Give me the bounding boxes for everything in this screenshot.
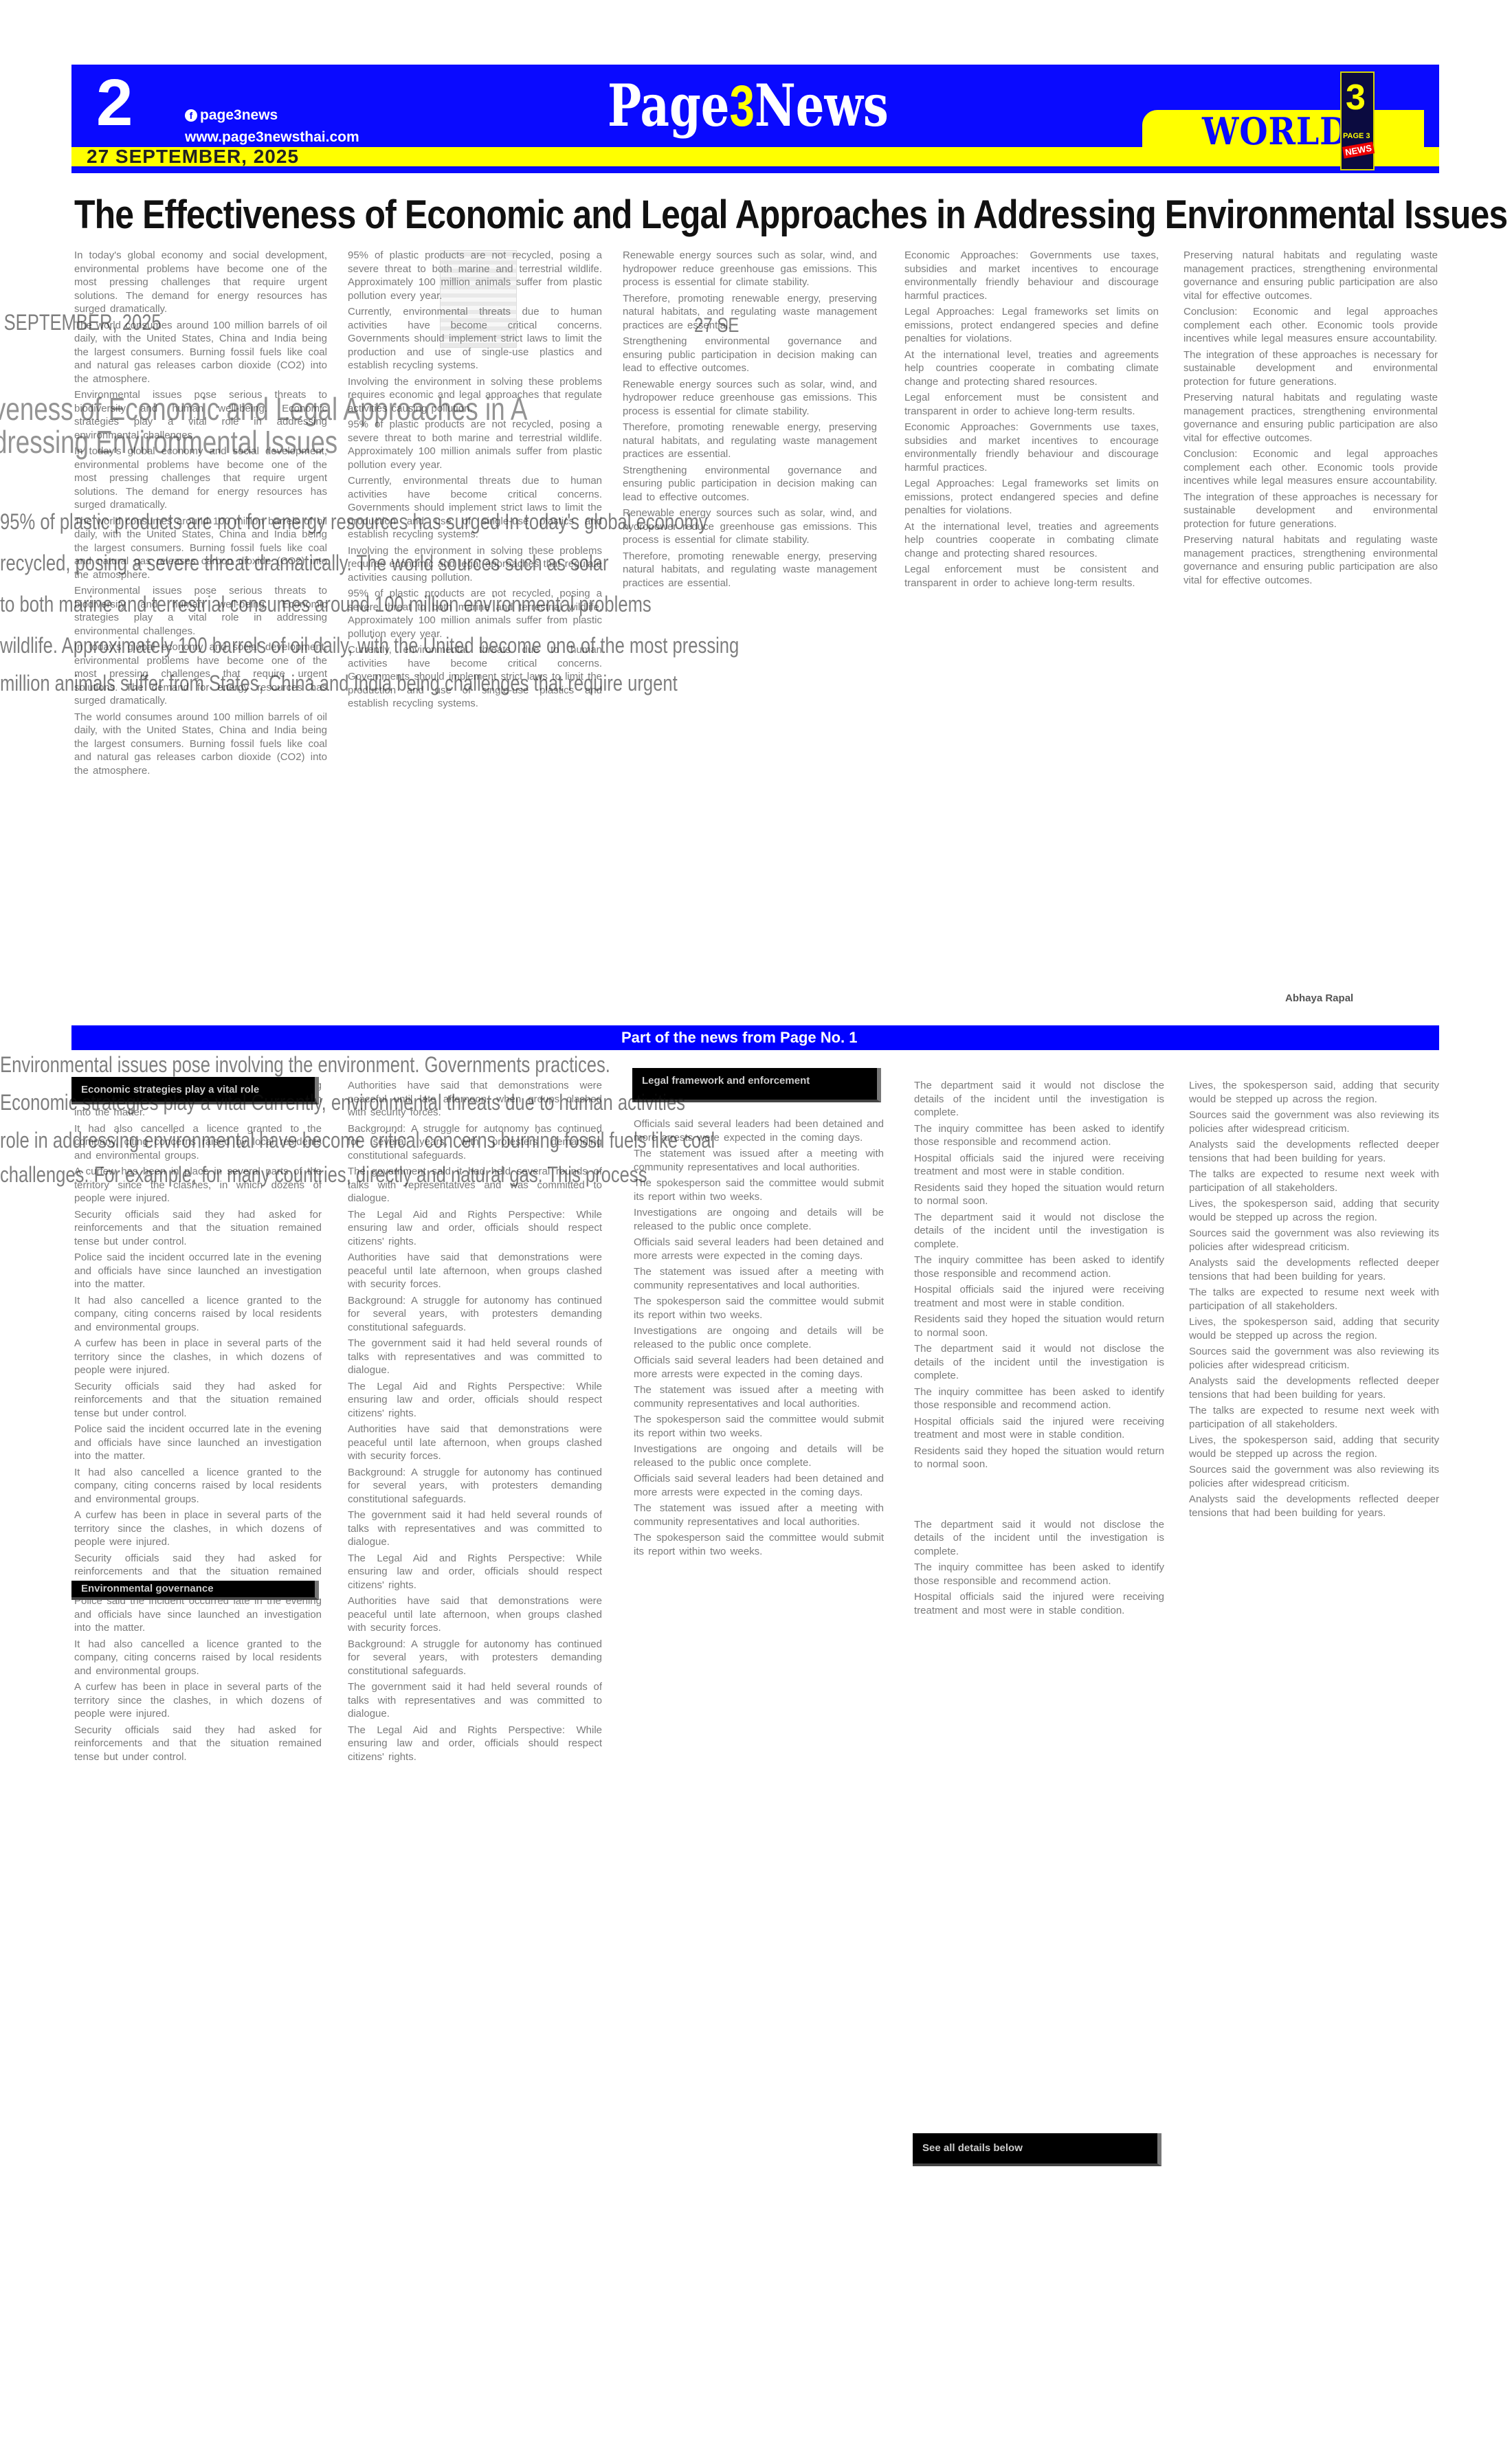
paragraph: Lives, the spokesperson said, adding tha… [1189, 1434, 1439, 1460]
continued-news-banner: Part of the news from Page No. 1 [71, 1025, 1439, 1050]
article-column-1: In today's global economy and social dev… [74, 249, 327, 1012]
paragraph: The government said it had held several … [348, 1165, 602, 1205]
masthead-bottom-strip [71, 166, 1439, 173]
paragraph: The inquiry committee has been asked to … [914, 1122, 1164, 1149]
paragraph: In today's global economy and social dev… [74, 445, 327, 512]
paragraph: The statement was issued after a meeting… [634, 1383, 884, 1410]
paragraph: Environmental issues pose serious threat… [74, 388, 327, 442]
paragraph: Economic Approaches: Governments use tax… [904, 421, 1159, 474]
article-headline: The Effectiveness of Economic and Legal … [74, 191, 1250, 239]
page3-badge-logo: 3 PAGE 3 NEWS [1340, 71, 1375, 170]
badge-page-text: PAGE 3 [1343, 132, 1370, 140]
paragraph: Analysts said the developments reflected… [1189, 1138, 1439, 1165]
paragraph: The government said it had held several … [348, 1680, 602, 1721]
paragraph: Background: A struggle for autonomy has … [348, 1122, 602, 1163]
paragraph: The spokesperson said the committee woul… [634, 1531, 884, 1558]
paragraph: Sources said the government was also rev… [1189, 1227, 1439, 1254]
paragraph: Analysts said the developments reflected… [1189, 1493, 1439, 1520]
paragraph: Hospital officials said the injured were… [914, 1415, 1164, 1442]
paragraph: The Legal Aid and Rights Perspective: Wh… [348, 1552, 602, 1592]
paragraph: Lives, the spokesperson said, adding tha… [1189, 1315, 1439, 1342]
paragraph: Analysts said the developments reflected… [1189, 1256, 1439, 1283]
paragraph: Security officials said they had asked f… [74, 1724, 322, 1764]
paragraph: The statement was issued after a meeting… [634, 1502, 884, 1528]
paragraph: Involving the environment in solving the… [348, 375, 602, 416]
logo-page-text: Page [608, 71, 729, 140]
subhead-box-3: Environmental governance [71, 1581, 319, 1600]
paragraph: Police said the incident occurred late i… [74, 1251, 322, 1291]
paragraph: The Legal Aid and Rights Perspective: Wh… [348, 1380, 602, 1421]
paragraph: The department said it would not disclos… [914, 1079, 1164, 1120]
paragraph: Residents said they hoped the situation … [914, 1181, 1164, 1208]
paragraph: Renewable energy sources such as solar, … [623, 378, 877, 419]
paragraph: 95% of plastic products are not recycled… [348, 418, 602, 471]
badge-news-text: NEWS [1342, 142, 1375, 159]
paragraph: Hospital officials said the injured were… [914, 1152, 1164, 1179]
paragraph: Authorities have said that demonstration… [348, 1594, 602, 1635]
paragraph: The inquiry committee has been asked to … [914, 1386, 1164, 1412]
paragraph: Officials said several leaders had been … [634, 1117, 884, 1144]
paragraph: The integration of these approaches is n… [1183, 348, 1438, 389]
section-label: WORLD [1202, 107, 1348, 155]
continued-news-label: Part of the news from Page No. 1 [621, 1029, 858, 1047]
paragraph: Legal enforcement must be consistent and… [904, 563, 1159, 590]
paragraph: The spokesperson said the committee woul… [634, 1177, 884, 1203]
continued-column-2: Authorities have said that demonstration… [348, 1079, 602, 2419]
paragraph: Preserving natural habitats and regulati… [1183, 391, 1438, 445]
paragraph: Strengthening environmental governance a… [623, 464, 877, 504]
overlay-body-line: Environmental issues pose involving the … [0, 1051, 610, 1078]
paragraph: Legal Approaches: Legal frameworks set l… [904, 477, 1159, 518]
paragraph: A curfew has been in place in several pa… [74, 1337, 322, 1377]
paragraph: A curfew has been in place in several pa… [74, 1680, 322, 1721]
facebook-icon: f [185, 109, 197, 122]
paragraph: A curfew has been in place in several pa… [74, 1509, 322, 1549]
paragraph: The talks are expected to resume next we… [1189, 1286, 1439, 1313]
continued-column-1: Police said the incident occurred late i… [74, 1079, 322, 2405]
paragraph: A curfew has been in place in several pa… [74, 1165, 322, 1205]
paragraph: It had also cancelled a licence granted … [74, 1294, 322, 1335]
paragraph: Involving the environment in solving the… [348, 544, 602, 585]
paragraph: The talks are expected to resume next we… [1189, 1168, 1439, 1194]
paragraph: Officials said several leaders had been … [634, 1236, 884, 1262]
masthead: 2 fpage3news www.page3newsthai.com 27 SE… [71, 65, 1439, 173]
paragraph: The department said it would not disclos… [914, 1211, 1164, 1251]
article-column-2: 95% of plastic products are not recycled… [348, 249, 602, 1012]
paragraph: Lives, the spokesperson said, adding tha… [1189, 1079, 1439, 1106]
see-details-box[interactable]: See all details below [913, 2133, 1161, 2166]
paragraph: Therefore, promoting renewable energy, p… [623, 550, 877, 590]
paragraph: Legal Approaches: Legal frameworks set l… [904, 305, 1159, 346]
issue-date: 27 SEPTEMBER, 2025 [87, 146, 299, 167]
paragraph: In today's global economy and social dev… [74, 249, 327, 316]
subhead-box-1: Economic strategies play a vital role [71, 1077, 319, 1104]
paragraph: Renewable energy sources such as solar, … [623, 249, 877, 289]
article-column-4: Economic Approaches: Governments use tax… [904, 249, 1159, 1012]
paragraph: Lives, the spokesperson said, adding tha… [1189, 1197, 1439, 1224]
paragraph: The inquiry committee has been asked to … [914, 1561, 1164, 1588]
paragraph: Preserving natural habitats and regulati… [1183, 249, 1438, 302]
paragraph: Analysts said the developments reflected… [1189, 1375, 1439, 1401]
continued-column-4: The department said it would not disclos… [914, 1079, 1164, 2405]
paragraph: Sources said the government was also rev… [1189, 1463, 1439, 1490]
paragraph: Authorities have said that demonstration… [348, 1251, 602, 1291]
paragraph: Conclusion: Economic and legal approache… [1183, 305, 1438, 346]
paragraph: Currently, environmental threats due to … [348, 305, 602, 372]
article-column-5: Preserving natural habitats and regulati… [1183, 249, 1438, 986]
paragraph: The department said it would not disclos… [914, 1342, 1164, 1383]
facebook-handle: page3news [200, 107, 278, 123]
paragraph: Authorities have said that demonstration… [348, 1079, 602, 1120]
paragraph: At the international level, treaties and… [904, 520, 1159, 561]
paragraph: Currently, environmental threats due to … [348, 643, 602, 711]
paragraph: Currently, environmental threats due to … [348, 474, 602, 542]
paragraph: Police said the incident occurred late i… [74, 1423, 322, 1463]
paragraph: At the international level, treaties and… [904, 348, 1159, 389]
paragraph: Officials said several leaders had been … [634, 1354, 884, 1381]
paragraph: The world consumes around 100 million ba… [74, 711, 327, 778]
subhead-box-2: Legal framework and enforcement [632, 1068, 881, 1102]
paragraph: The integration of these approaches is n… [1183, 491, 1438, 531]
paragraph: The talks are expected to resume next we… [1189, 1404, 1439, 1431]
paragraph: Investigations are ongoing and details w… [634, 1324, 884, 1351]
paragraph: Police said the incident occurred late i… [74, 1594, 322, 1635]
facebook-link[interactable]: fpage3news [185, 104, 359, 126]
paragraph: Renewable energy sources such as solar, … [623, 507, 877, 547]
paragraph: Authorities have said that demonstration… [348, 1423, 602, 1463]
paragraph: The world consumes around 100 million ba… [74, 319, 327, 386]
paragraph: Security officials said they had asked f… [74, 1380, 322, 1421]
paragraph: 95% of plastic products are not recycled… [348, 587, 602, 641]
paragraph: The statement was issued after a meeting… [634, 1265, 884, 1292]
paragraph: It had also cancelled a licence granted … [74, 1466, 322, 1506]
article-byline: Abhaya Rapal [1285, 992, 1353, 1004]
paragraph: The inquiry committee has been asked to … [914, 1254, 1164, 1280]
logo-number: 3 [729, 74, 754, 138]
paragraph: The spokesperson said the committee woul… [634, 1295, 884, 1322]
paragraph: Hospital officials said the injured were… [914, 1590, 1164, 1617]
continued-column-5: Lives, the spokesperson said, adding tha… [1189, 1079, 1439, 2385]
paragraph: The government said it had held several … [348, 1337, 602, 1377]
badge-number: 3 [1346, 78, 1366, 117]
continued-column-3: Officials said several leaders had been … [634, 1079, 884, 2405]
paragraph: It had also cancelled a licence granted … [74, 1122, 322, 1163]
paragraph: Sources said the government was also rev… [1189, 1345, 1439, 1372]
paragraph: Legal enforcement must be consistent and… [904, 391, 1159, 418]
paragraph: The Legal Aid and Rights Perspective: Wh… [348, 1724, 602, 1764]
paragraph: The world consumes around 100 million ba… [74, 515, 327, 582]
paragraph: The Legal Aid and Rights Perspective: Wh… [348, 1208, 602, 1249]
paragraph: Background: A struggle for autonomy has … [348, 1294, 602, 1335]
paragraph: Security officials said they had asked f… [74, 1208, 322, 1249]
paragraph: Background: A struggle for autonomy has … [348, 1466, 602, 1506]
paragraph: The department said it would not disclos… [914, 1518, 1164, 1559]
social-links: fpage3news www.page3newsthai.com [185, 104, 359, 148]
article-column-3: Renewable energy sources such as solar, … [623, 249, 877, 1012]
paragraph: The statement was issued after a meeting… [634, 1147, 884, 1174]
paragraph: Residents said they hoped the situation … [914, 1445, 1164, 1471]
paragraph: In today's global economy and social dev… [74, 641, 327, 708]
paragraph: Hospital officials said the injured were… [914, 1283, 1164, 1310]
paragraph: Investigations are ongoing and details w… [634, 1443, 884, 1469]
paragraph: The government said it had held several … [348, 1509, 602, 1549]
paragraph: Preserving natural habitats and regulati… [1183, 533, 1438, 587]
page-number: 2 [96, 70, 133, 136]
paragraph: Residents said they hoped the situation … [914, 1313, 1164, 1339]
paragraph: Therefore, promoting renewable energy, p… [623, 421, 877, 461]
logo-news-text: News [755, 71, 889, 140]
paragraph: Sources said the government was also rev… [1189, 1109, 1439, 1135]
paragraph: Environmental issues pose serious threat… [74, 584, 327, 638]
paragraph: Officials said several leaders had been … [634, 1472, 884, 1499]
paragraph: It had also cancelled a licence granted … [74, 1638, 322, 1678]
paragraph: Investigations are ongoing and details w… [634, 1206, 884, 1233]
paragraph: 95% of plastic products are not recycled… [348, 249, 602, 302]
paragraph: Strengthening environmental governance a… [623, 335, 877, 375]
paragraph: Therefore, promoting renewable energy, p… [623, 292, 877, 333]
paragraph: Economic Approaches: Governments use tax… [904, 249, 1159, 302]
paragraph: Conclusion: Economic and legal approache… [1183, 447, 1438, 488]
box-spacer [914, 1474, 1164, 1515]
paragraph: The spokesperson said the committee woul… [634, 1413, 884, 1440]
newspaper-logo: Page3News [608, 71, 889, 140]
paragraph: Background: A struggle for autonomy has … [348, 1638, 602, 1678]
